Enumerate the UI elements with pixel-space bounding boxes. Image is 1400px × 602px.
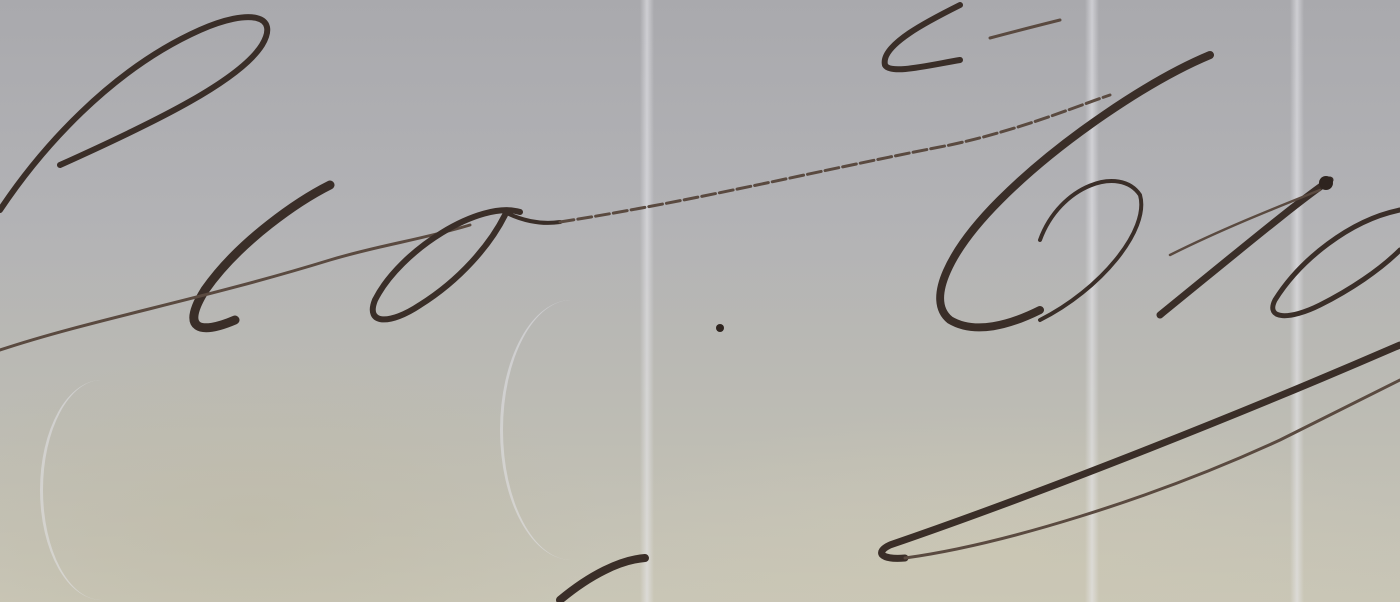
handwriting-strokes bbox=[0, 0, 1400, 602]
manuscript-photo: …tto. Cra… bbox=[0, 0, 1400, 602]
